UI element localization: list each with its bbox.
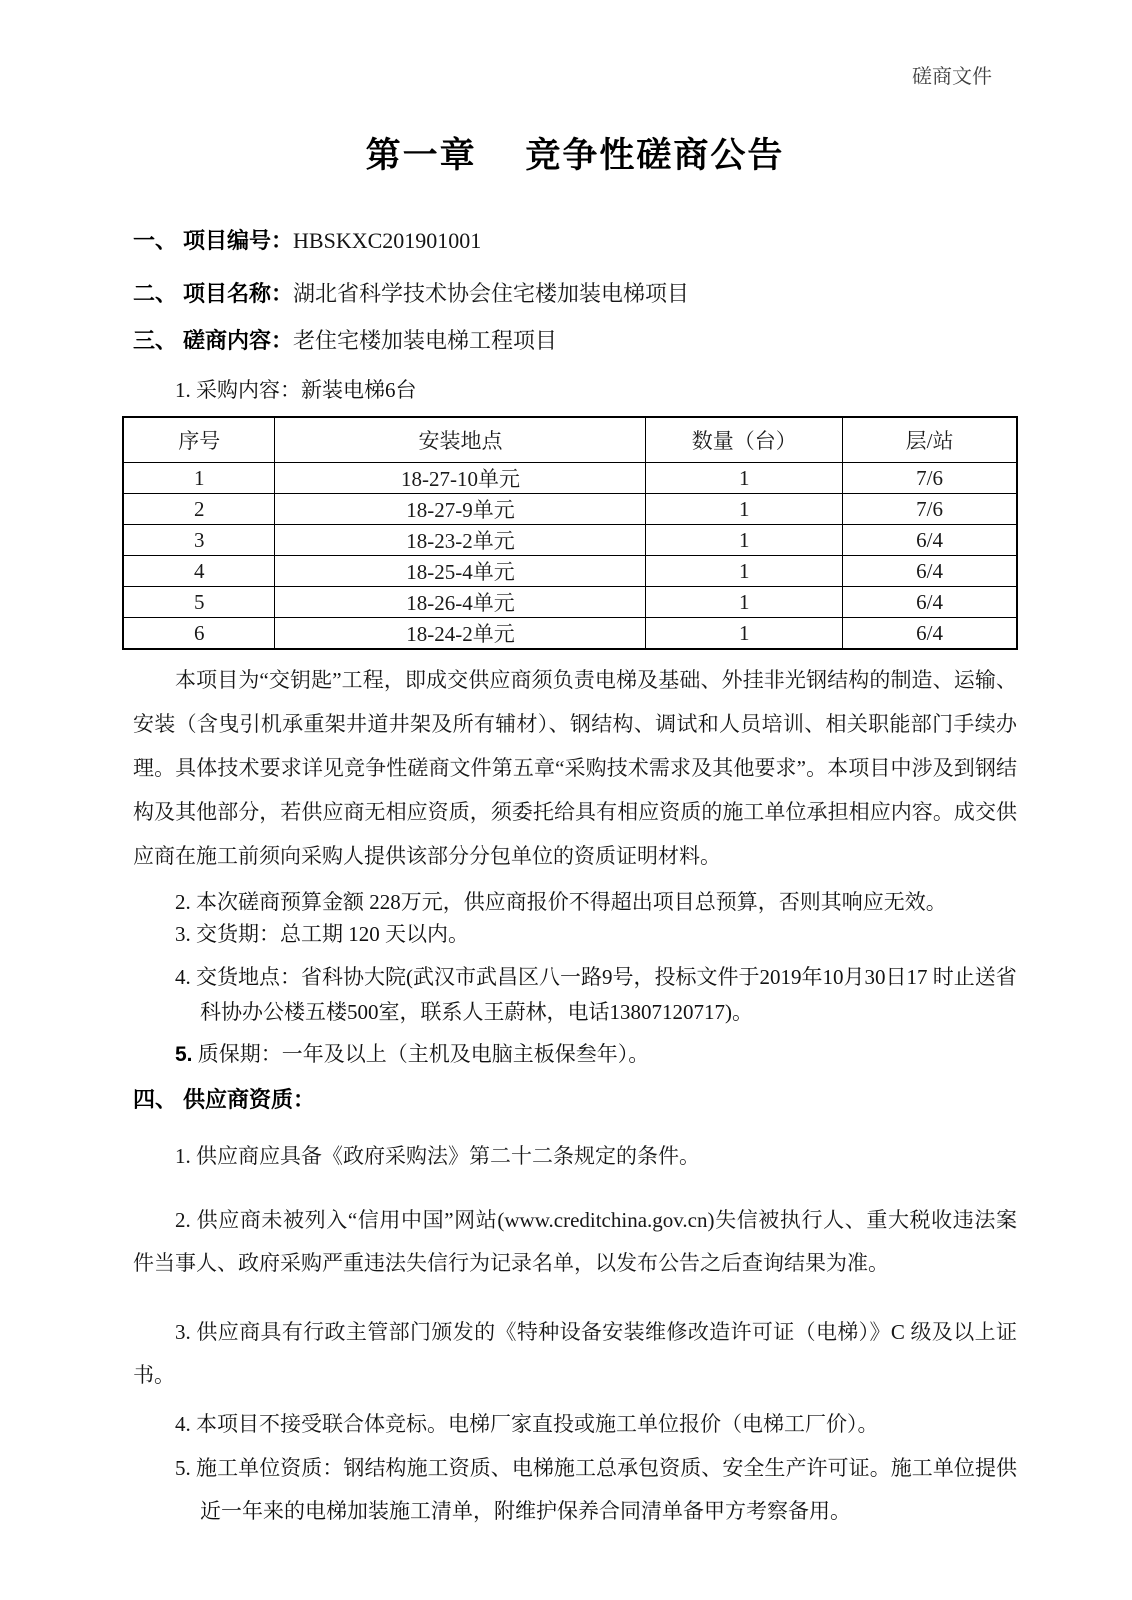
section-number-label: 四、 bbox=[133, 1087, 177, 1112]
table-cell: 5 bbox=[123, 587, 275, 618]
install-table-body: 118-27-10单元17/6218-27-9单元17/6318-23-2单元1… bbox=[123, 463, 1017, 650]
table-cell: 1 bbox=[646, 587, 843, 618]
table-cell: 6/4 bbox=[843, 525, 1017, 556]
table-cell: 6/4 bbox=[843, 587, 1017, 618]
section-project-number: 一、项目编号：HBSKXC201901001 bbox=[133, 226, 1017, 256]
budget-line: 2. 本次磋商预算金额 228万元，供应商报价不得超出项目总预算，否则其响应无效… bbox=[175, 886, 1017, 918]
table-cell: 18-24-2单元 bbox=[275, 618, 646, 650]
table-cell: 6 bbox=[123, 618, 275, 650]
qualification-item-1: 1. 供应商应具备《政府采购法》第二十二条规定的条件。 bbox=[133, 1141, 1017, 1171]
section-heading: 供应商资质： bbox=[183, 1087, 315, 1112]
warranty-line: 5. 质保期：一年及以上（主机及电脑主板保叁年）。 bbox=[175, 1038, 1017, 1071]
warranty-text: 质保期：一年及以上（主机及电脑主板保叁年）。 bbox=[193, 1042, 650, 1066]
qualification-item-4: 4. 本项目不接受联合体竞标。电梯厂家直投或施工单位报价（电梯工厂价）。 bbox=[133, 1409, 1017, 1439]
qualification-item-5: 5. 施工单位资质：钢结构施工资质、电梯施工总承包资质、安全生产许可证。施工单位… bbox=[133, 1447, 1017, 1533]
table-header-cell: 数量（台） bbox=[646, 417, 843, 463]
header-tag: 磋商文件 bbox=[912, 60, 992, 89]
table-cell: 1 bbox=[646, 618, 843, 650]
section-project-name: 二、项目名称：湖北省科学技术协会住宅楼加装电梯项目 bbox=[133, 279, 1017, 309]
consultation-content-value: 老住宅楼加装电梯工程项目 bbox=[293, 328, 557, 353]
table-header-cell: 序号 bbox=[123, 417, 275, 463]
table-cell: 3 bbox=[123, 525, 275, 556]
section-heading: 项目编号： bbox=[183, 228, 293, 253]
purchase-content-line: 1. 采购内容：新装电梯6台 bbox=[175, 374, 1017, 406]
section-number-label: 三、 bbox=[133, 328, 177, 353]
table-cell: 1 bbox=[123, 463, 275, 494]
section-heading: 项目名称： bbox=[183, 281, 293, 306]
table-cell: 2 bbox=[123, 494, 275, 525]
table-cell: 18-26-4单元 bbox=[275, 587, 646, 618]
page-title: 第一章 竞争性磋商公告 bbox=[133, 0, 1017, 178]
table-cell: 18-23-2单元 bbox=[275, 525, 646, 556]
qualification-item-3: 3. 供应商具有行政主管部门颁发的《特种设备安装维修改造许可证（电梯）》C 级及… bbox=[133, 1311, 1017, 1397]
table-row: 518-26-4单元16/4 bbox=[123, 587, 1017, 618]
project-name-value: 湖北省科学技术协会住宅楼加装电梯项目 bbox=[293, 281, 689, 306]
table-header-cell: 安装地点 bbox=[275, 417, 646, 463]
qualification-item-2: 2. 供应商未被列入“信用中国”网站(www.creditchina.gov.c… bbox=[133, 1199, 1017, 1285]
warranty-number: 5. bbox=[175, 1043, 193, 1066]
table-cell: 1 bbox=[646, 525, 843, 556]
section-consultation-content: 三、磋商内容：老住宅楼加装电梯工程项目 bbox=[133, 326, 1017, 356]
delivery-period-line: 3. 交货期：总工期 120 天以内。 bbox=[175, 918, 1017, 950]
table-row: 318-23-2单元16/4 bbox=[123, 525, 1017, 556]
section-heading: 磋商内容： bbox=[183, 328, 293, 353]
table-cell: 18-27-9单元 bbox=[275, 494, 646, 525]
table-cell: 18-27-10单元 bbox=[275, 463, 646, 494]
table-cell: 6/4 bbox=[843, 556, 1017, 587]
table-cell: 1 bbox=[646, 494, 843, 525]
table-cell: 1 bbox=[646, 556, 843, 587]
table-row: 418-25-4单元16/4 bbox=[123, 556, 1017, 587]
delivery-place-line: 4. 交货地点：省科协大院(武汉市武昌区八一路9号，投标文件于2019年10月3… bbox=[175, 960, 1017, 1030]
table-header-row: 序号安装地点数量（台）层/站 bbox=[123, 417, 1017, 463]
table-row: 118-27-10单元17/6 bbox=[123, 463, 1017, 494]
section-number-label: 二、 bbox=[133, 281, 177, 306]
table-row: 618-24-2单元16/4 bbox=[123, 618, 1017, 650]
install-table-head: 序号安装地点数量（台）层/站 bbox=[123, 417, 1017, 463]
install-table: 序号安装地点数量（台）层/站 118-27-10单元17/6218-27-9单元… bbox=[122, 416, 1018, 650]
table-cell: 6/4 bbox=[843, 618, 1017, 650]
project-number-value: HBSKXC201901001 bbox=[293, 228, 481, 253]
turnkey-paragraph: 本项目为“交钥匙”工程，即成交供应商须负责电梯及基础、外挂非光钢结构的制造、运输… bbox=[133, 658, 1017, 878]
table-cell: 7/6 bbox=[843, 494, 1017, 525]
table-cell: 4 bbox=[123, 556, 275, 587]
table-cell: 1 bbox=[646, 463, 843, 494]
table-cell: 18-25-4单元 bbox=[275, 556, 646, 587]
table-cell: 7/6 bbox=[843, 463, 1017, 494]
table-header-cell: 层/站 bbox=[843, 417, 1017, 463]
section-supplier-qualifications: 四、供应商资质： bbox=[133, 1085, 1017, 1115]
document-page: 磋商文件 第一章 竞争性磋商公告 一、项目编号：HBSKXC201901001 … bbox=[0, 0, 1132, 1600]
section-number-label: 一、 bbox=[133, 228, 177, 253]
table-row: 218-27-9单元17/6 bbox=[123, 494, 1017, 525]
